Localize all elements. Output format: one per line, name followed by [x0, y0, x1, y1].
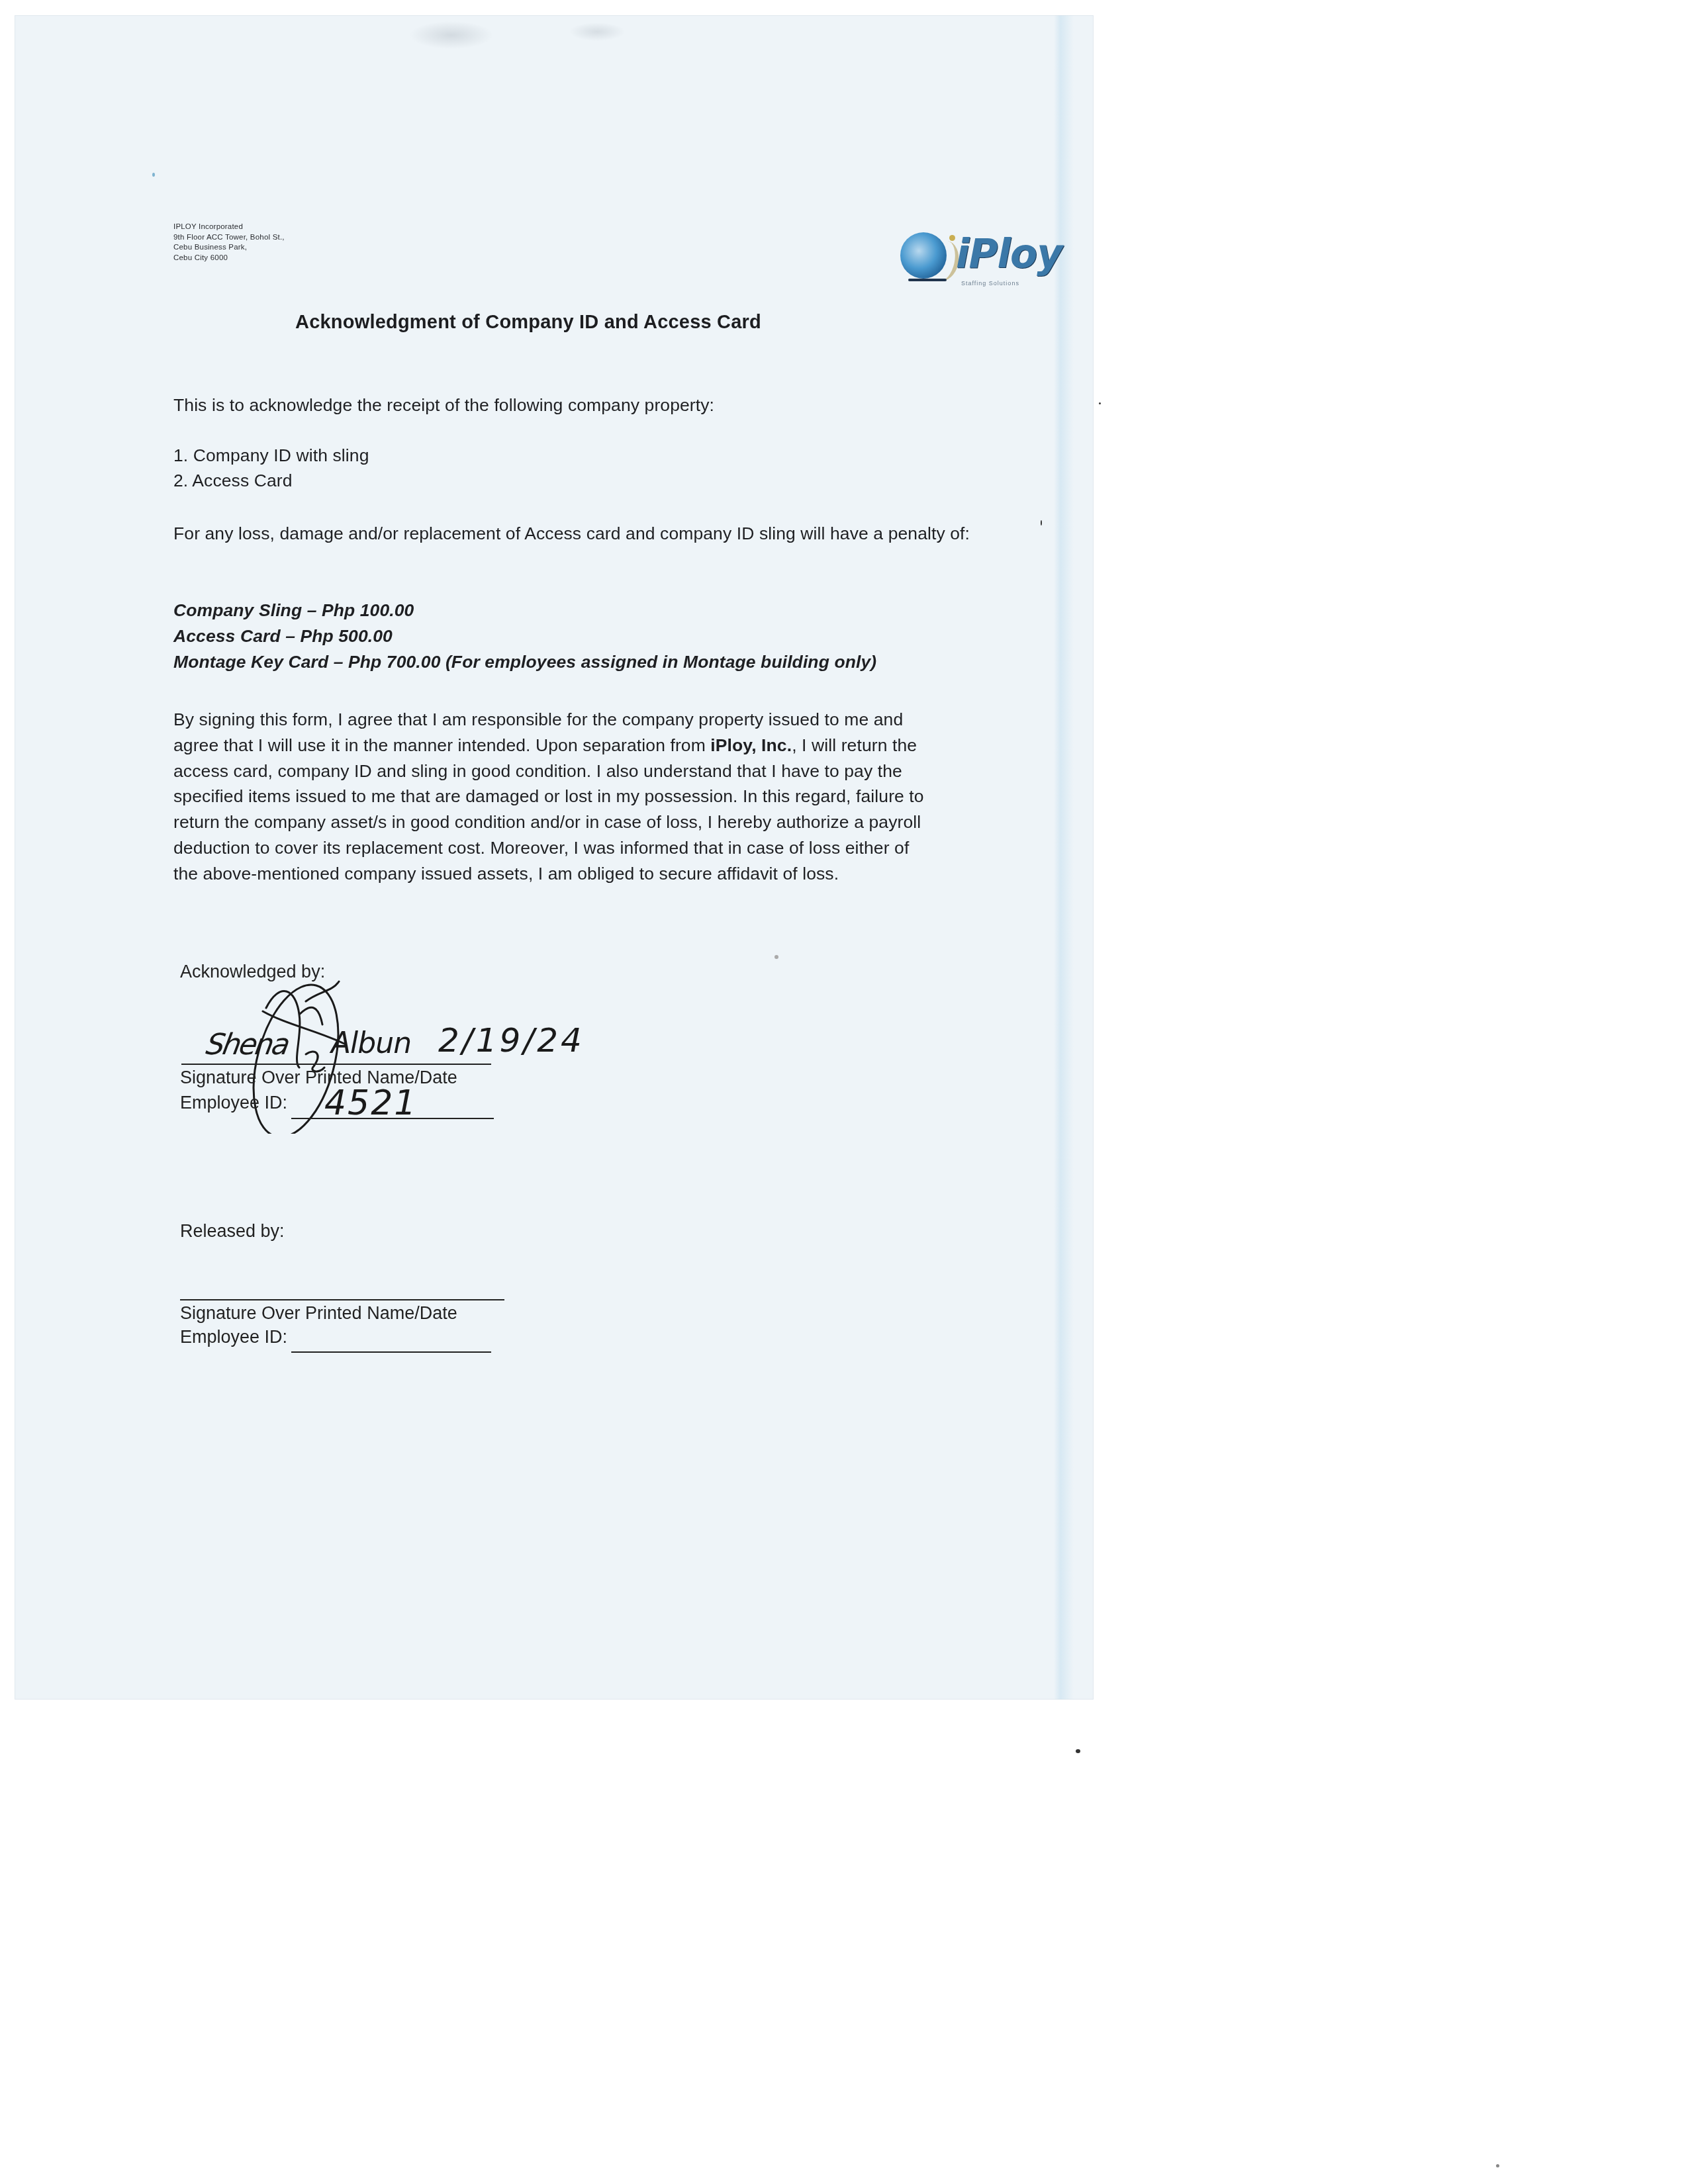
scanned-page: IPLOY Incorporated 9th Floor ACC Tower, … — [15, 15, 1094, 1700]
scan-speck — [1041, 520, 1042, 525]
agreement-line: the above-mentioned company issued asset… — [173, 861, 924, 887]
dot-icon — [949, 235, 955, 241]
handwritten-date: 2/19/24 — [438, 1021, 585, 1060]
scan-speck — [152, 173, 155, 177]
handwritten-first-name: Shena — [204, 1028, 291, 1062]
penalty-intro: For any loss, damage and/or replacement … — [173, 521, 1034, 546]
handwritten-employee-id: 4521 — [324, 1083, 417, 1123]
agreement-line: access card, company ID and sling in goo… — [173, 758, 924, 784]
penalty-item: Montage Key Card – Php 700.00 (For emplo… — [173, 649, 876, 675]
company-address: IPLOY Incorporated 9th Floor ACC Tower, … — [173, 222, 285, 263]
agreement-line: agree that I will use it in the manner i… — [173, 733, 924, 758]
address-line: Cebu Business Park, — [173, 243, 285, 253]
signature-line — [180, 1299, 504, 1300]
employee-id-label: Employee ID: — [180, 1093, 287, 1113]
penalty-item: Access Card – Php 500.00 — [173, 623, 876, 649]
agreement-line: specified items issued to me that are da… — [173, 784, 924, 809]
employee-id-label: Employee ID: — [180, 1327, 287, 1347]
company-name: iPloy, Inc. — [710, 735, 792, 755]
agreement-line: deduction to cover its replacement cost.… — [173, 835, 924, 861]
logo-underline — [908, 279, 947, 281]
agreement-paragraph: By signing this form, I agree that I am … — [173, 707, 924, 887]
scan-speck — [1496, 2164, 1499, 2167]
scan-speck — [1076, 1749, 1080, 1753]
address-line: IPLOY Incorporated — [173, 222, 285, 233]
list-item: 1. Company ID with sling — [173, 443, 369, 468]
intro-text: This is to acknowledge the receipt of th… — [173, 395, 714, 416]
logo-wordmark: iPloy — [956, 231, 1062, 277]
signature-line — [181, 1064, 491, 1065]
address-line: 9th Floor ACC Tower, Bohol St., — [173, 233, 285, 244]
signature-caption: Signature Over Printed Name/Date — [180, 1303, 457, 1324]
released-by-label: Released by: — [180, 1221, 285, 1242]
employee-id-line — [291, 1351, 491, 1353]
address-line: Cebu City 6000 — [173, 253, 285, 264]
penalty-list: Company Sling – Php 100.00 Access Card –… — [173, 598, 876, 675]
document-title: Acknowledgment of Company ID and Access … — [15, 312, 1042, 334]
list-item: 2. Access Card — [173, 468, 369, 493]
agreement-line: By signing this form, I agree that I am … — [173, 707, 924, 733]
company-logo: iPloy Staffing Solutions — [895, 227, 1067, 293]
agreement-line: return the company asset/s in good condi… — [173, 809, 924, 835]
penalty-item: Company Sling – Php 100.00 — [173, 598, 876, 623]
scan-speck — [1099, 402, 1101, 404]
logo-tagline: Staffing Solutions — [961, 280, 1019, 287]
property-list: 1. Company ID with sling 2. Access Card — [173, 443, 369, 493]
scan-speck — [774, 955, 778, 959]
handwritten-last-name: Albun — [331, 1026, 411, 1060]
employee-id-line — [291, 1118, 494, 1119]
